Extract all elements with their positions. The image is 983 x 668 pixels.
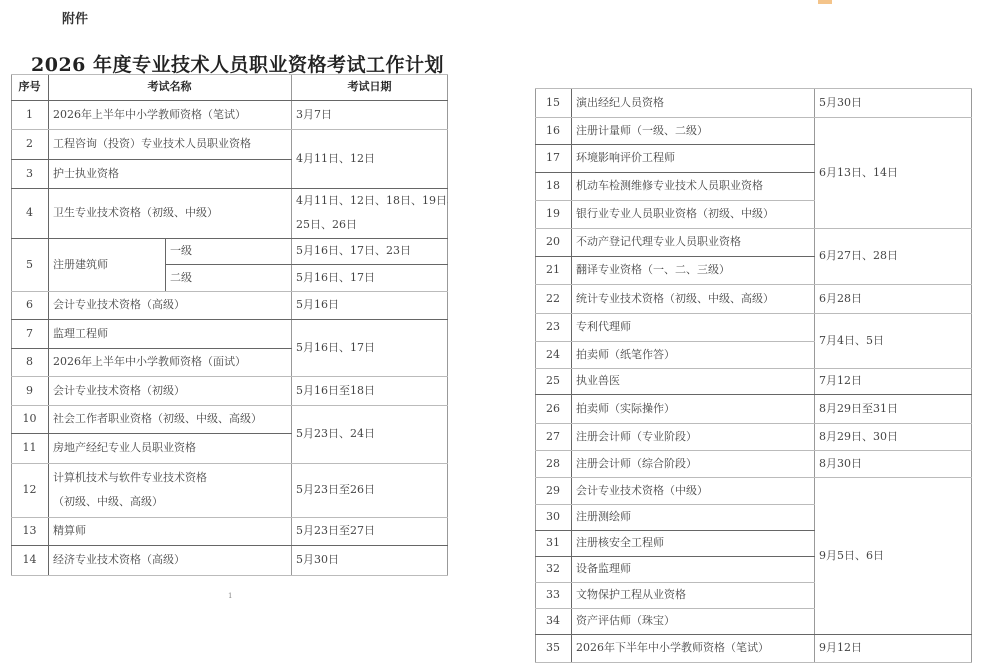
row-number: 13	[11, 517, 48, 545]
exam-date: 8月30日	[814, 450, 972, 477]
exam-name: 文物保护工程从业资格	[571, 582, 814, 608]
row-number: 3	[11, 159, 48, 188]
row-number: 32	[535, 556, 571, 582]
exam-name: 2026年下半年中小学教师资格（笔试）	[571, 634, 814, 662]
exam-name: 计算机技术与软件专业技术资格 （初级、中级、高级）	[48, 463, 291, 517]
exam-name: 精算师	[48, 517, 291, 545]
row-number: 11	[11, 433, 48, 463]
exam-name: 环境影响评价工程师	[571, 144, 814, 172]
row-number: 26	[535, 394, 571, 423]
exam-name-line: 计算机技术与软件专业技术资格	[53, 466, 207, 490]
exam-date: 5月16日、17日、23日	[291, 238, 448, 264]
document-title: 2026 年度专业技术人员职业资格考试工作计划	[0, 50, 475, 77]
row-number: 35	[535, 634, 571, 662]
row-number: 19	[535, 200, 571, 228]
exam-name: 专利代理师	[571, 313, 814, 341]
exam-name: 2026年上半年中小学教师资格（笔试）	[48, 100, 291, 129]
exam-name: 卫生专业技术资格（初级、中级）	[48, 188, 291, 238]
header-exam-name: 考试名称	[48, 74, 291, 100]
row-number: 18	[535, 172, 571, 200]
exam-name: 拍卖师（纸笔作答）	[571, 341, 814, 368]
exam-name: 注册会计师（专业阶段）	[571, 423, 814, 450]
row-number: 5	[11, 238, 48, 291]
exam-date: 5月30日	[814, 88, 972, 117]
exam-name: 经济专业技术资格（高级）	[48, 545, 291, 575]
row-number: 17	[535, 144, 571, 172]
exam-name: 会计专业技术资格（高级）	[48, 291, 291, 319]
exam-date: 5月23日至27日	[291, 517, 448, 545]
row-number: 12	[11, 463, 48, 517]
exam-name: 设备监理师	[571, 556, 814, 582]
exam-date: 5月16日至18日	[291, 376, 448, 405]
exam-date-merged: 7月4日、5日	[814, 313, 972, 368]
exam-level: 二级	[165, 264, 291, 291]
exam-date-merged: 6月27日、28日	[814, 228, 972, 284]
exam-date: 5月16日	[291, 291, 448, 319]
row-number: 9	[11, 376, 48, 405]
row-number: 1	[11, 100, 48, 129]
exam-date: 4月11日、12日、18日、19日、 25日、26日	[291, 188, 448, 238]
exam-name: 执业兽医	[571, 368, 814, 394]
exam-date-merged: 5月16日、17日	[291, 319, 448, 376]
row-number: 33	[535, 582, 571, 608]
exam-date: 7月12日	[814, 368, 972, 394]
header-exam-date: 考试日期	[291, 74, 448, 100]
exam-name: 翻译专业资格（一、二、三级）	[571, 256, 814, 284]
header-no: 序号	[11, 74, 48, 100]
exam-name: 资产评估师（珠宝）	[571, 608, 814, 634]
exam-date: 9月12日	[814, 634, 972, 662]
exam-date-line: 25日、26日	[296, 213, 357, 237]
page-edge-mark	[818, 0, 832, 4]
exam-date: 5月23日至26日	[291, 463, 448, 517]
exam-name: 注册核安全工程师	[571, 530, 814, 556]
row-number: 30	[535, 504, 571, 530]
row-number: 31	[535, 530, 571, 556]
exam-name: 机动车检测维修专业技术人员职业资格	[571, 172, 814, 200]
row-number: 6	[11, 291, 48, 319]
row-number: 7	[11, 319, 48, 348]
exam-name: 2026年上半年中小学教师资格（面试）	[48, 348, 291, 376]
exam-name: 房地产经纪专业人员职业资格	[48, 433, 291, 463]
row-number: 16	[535, 117, 571, 144]
exam-date: 6月28日	[814, 284, 972, 313]
exam-name: 注册测绘师	[571, 504, 814, 530]
exam-name: 注册建筑师	[48, 238, 165, 291]
exam-date: 5月30日	[291, 545, 448, 575]
row-number: 28	[535, 450, 571, 477]
exam-date-merged: 6月13日、14日	[814, 117, 972, 228]
exam-name: 会计专业技术资格（初级）	[48, 376, 291, 405]
row-number: 24	[535, 341, 571, 368]
exam-name: 社会工作者职业资格（初级、中级、高级）	[48, 405, 291, 433]
exam-date-merged: 4月11日、12日	[291, 129, 448, 188]
exam-level: 一级	[165, 238, 291, 264]
exam-date: 5月16日、17日	[291, 264, 448, 291]
row-number: 27	[535, 423, 571, 450]
row-number: 10	[11, 405, 48, 433]
exam-name: 拍卖师（实际操作）	[571, 394, 814, 423]
exam-name: 注册会计师（综合阶段）	[571, 450, 814, 477]
exam-name: 会计专业技术资格（中级）	[571, 477, 814, 504]
exam-name: 护士执业资格	[48, 159, 291, 188]
row-number: 29	[535, 477, 571, 504]
row-number: 14	[11, 545, 48, 575]
exam-name: 注册计量师（一级、二级）	[571, 117, 814, 144]
exam-date: 3月7日	[291, 100, 448, 129]
row-number: 21	[535, 256, 571, 284]
exam-name-line: （初级、中级、高级）	[53, 490, 163, 514]
exam-date: 8月29日至31日	[814, 394, 972, 423]
exam-date: 8月29日、30日	[814, 423, 972, 450]
exam-date-merged: 9月5日、6日	[814, 477, 972, 634]
row-number: 25	[535, 368, 571, 394]
exam-name: 演出经纪人员资格	[571, 88, 814, 117]
row-number: 8	[11, 348, 48, 376]
page-number: 1	[228, 592, 232, 600]
exam-name: 不动产登记代理专业人员职业资格	[571, 228, 814, 256]
exam-name: 工程咨询（投资）专业技术人员职业资格	[48, 129, 291, 159]
row-number: 34	[535, 608, 571, 634]
exam-date-merged: 5月23日、24日	[291, 405, 448, 463]
attachment-label: 附件	[62, 8, 88, 27]
row-number: 23	[535, 313, 571, 341]
row-number: 4	[11, 188, 48, 238]
exam-date-line: 4月11日、12日、18日、19日、	[296, 189, 448, 213]
row-number: 20	[535, 228, 571, 256]
exam-name: 统计专业技术资格（初级、中级、高级）	[571, 284, 814, 313]
row-number: 22	[535, 284, 571, 313]
exam-name: 监理工程师	[48, 319, 291, 348]
row-number: 15	[535, 88, 571, 117]
exam-name: 银行业专业人员职业资格（初级、中级）	[571, 200, 814, 228]
row-number: 2	[11, 129, 48, 159]
